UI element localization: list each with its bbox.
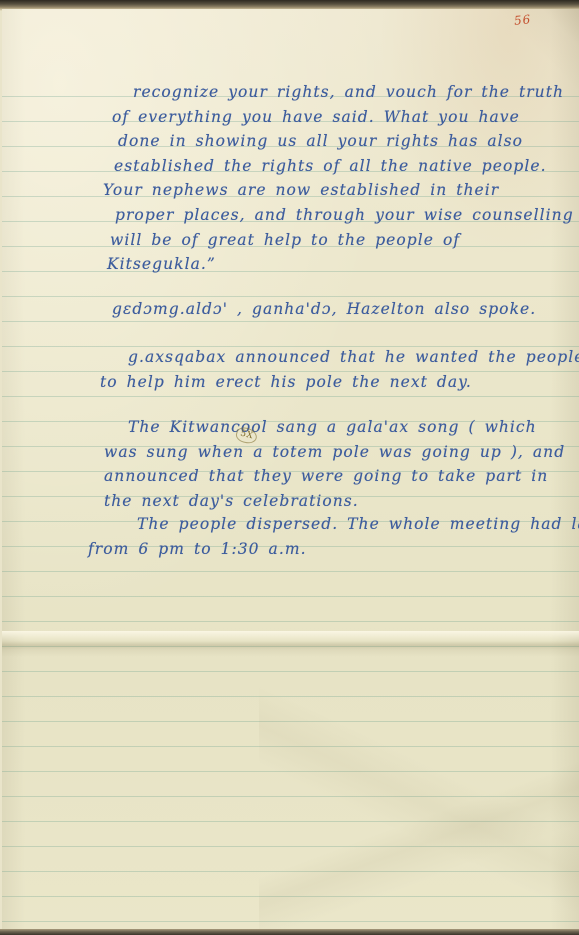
handwritten-line: Your nephews are now established in thei… — [103, 178, 579, 203]
paragraph-song: The Kitwancool sang a gala'ax song ( whi… — [0, 415, 579, 513]
paragraph-announcement: g.axsqabax announced that he wanted the … — [0, 345, 579, 394]
paragraph-closing: The people dispersed. The whole meeting … — [0, 512, 579, 561]
scan-edge — [0, 929, 579, 935]
handwritten-line: The people dispersed. The whole meeting … — [137, 512, 579, 537]
handwritten-line: announced that they were going to take p… — [104, 464, 579, 489]
handwritten-line: the next day's celebrations. — [104, 489, 579, 514]
paragraph-speakers: gɛdɔmg.aldɔ' , ganha'dɔ, Hazelton also s… — [0, 297, 579, 322]
handwritten-line: to help him erect his pole the next day. — [100, 370, 579, 395]
fold-crease — [2, 631, 579, 657]
handwritten-line: will be of great help to the people of — [110, 228, 579, 253]
handwritten-line: of everything you have said. What you ha… — [112, 105, 579, 130]
page-number: 56 — [513, 12, 532, 28]
handwritten-line: The Kitwancool sang a gala'ax song ( whi… — [128, 415, 579, 440]
paper-wrinkles — [259, 670, 579, 930]
handwritten-line: from 6 pm to 1:30 a.m. — [88, 537, 579, 562]
handwritten-line: Kitsegukla.” — [107, 252, 579, 277]
handwritten-line: was sung when a totem pole was going up … — [104, 440, 579, 465]
paragraph-speech: recognize your rights, and vouch for the… — [0, 80, 579, 277]
handwritten-line: recognize your rights, and vouch for the… — [133, 80, 579, 105]
handwritten-line: g.axsqabax announced that he wanted the … — [128, 345, 579, 370]
handwritten-line: proper places, and through your wise cou… — [115, 203, 579, 228]
handwritten-line: gɛdɔmg.aldɔ' , ganha'dɔ, Hazelton also s… — [112, 297, 579, 322]
handwritten-line: done in showing us all your rights has a… — [118, 129, 579, 154]
handwritten-line: established the rights of all the native… — [114, 154, 579, 179]
scanned-notebook-page: 56 recognize your rights, and vouch for … — [0, 0, 579, 935]
